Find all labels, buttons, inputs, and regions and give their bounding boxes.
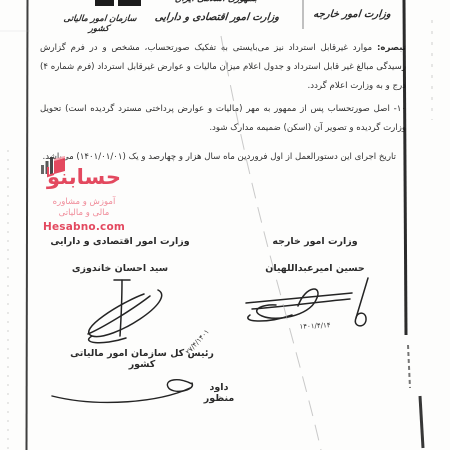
signatory-name: حسین امیرعبداللهیان bbox=[240, 263, 390, 274]
hesabno-watermark-stamp: حسابنو آموزش و مشاوره مالی و مالیاتی Hes… bbox=[36, 157, 132, 233]
header-org-foreign-affairs: وزارت امور خارجه bbox=[301, 9, 402, 20]
signature-org-label: رئیس کل سازمان امور مالیاتی کشور bbox=[62, 348, 222, 370]
signature-block-tax-head: رئیس کل سازمان امور مالیاتی کشور داود من… bbox=[62, 348, 222, 410]
open-book-icon bbox=[38, 155, 68, 181]
signature-scribble-tax bbox=[50, 376, 200, 410]
header-org-tax-organization: سازمان امور مالیاتی کشور bbox=[51, 14, 148, 34]
header-org-economy-finance: وزارت امور اقتصادی و دارایی bbox=[141, 12, 292, 23]
signature-block-economy: وزارت امور اقتصادی و دارایی سید احسان خا… bbox=[45, 236, 195, 348]
document-body: تبصره: موارد غیرقابل استرداد نیز می‌بایس… bbox=[40, 39, 406, 171]
signature-scribble-economy: ۲۷/۴/۱۴۰۱ bbox=[45, 276, 195, 348]
signatory-name: سید احسان خاندوزی bbox=[45, 263, 195, 274]
signatory-name: داود منظور bbox=[204, 382, 234, 404]
note-paragraph: تبصره: موارد غیرقابل استرداد نیز می‌بایس… bbox=[40, 39, 406, 96]
signature-block-foreign-affairs: وزارت امور خارجه حسین امیرعبداللهیان ۱۴۰… bbox=[240, 236, 390, 330]
signature-org-label: وزارت امور اقتصادی و دارایی bbox=[45, 236, 195, 247]
stamp-tagline-1: آموزش و مشاوره bbox=[36, 197, 132, 208]
stamp-website: Hesabno.com bbox=[36, 221, 132, 233]
scanned-document-page: وزارت امور خارجه جمهوری اسلامی ایران وزا… bbox=[0, 0, 450, 450]
note-label: تبصره: bbox=[377, 43, 406, 53]
stamp-tagline-2: مالی و مالیاتی bbox=[36, 208, 132, 219]
item-10-paragraph: ۱۰- اصل صورتحساب پس از ممهور به مهر (مال… bbox=[40, 100, 406, 138]
tax-organization-logo-cutoff bbox=[95, 0, 141, 7]
header-org-islamic-republic: جمهوری اسلامی ایران bbox=[151, 0, 282, 4]
signature-org-label: وزارت امور خارجه bbox=[240, 236, 390, 247]
note-text: موارد غیرقابل استرداد نیز می‌بایستی به ت… bbox=[40, 43, 406, 91]
signature-scribble-foreign: ۱۴۰۱/۴/۱۴ bbox=[240, 276, 390, 330]
